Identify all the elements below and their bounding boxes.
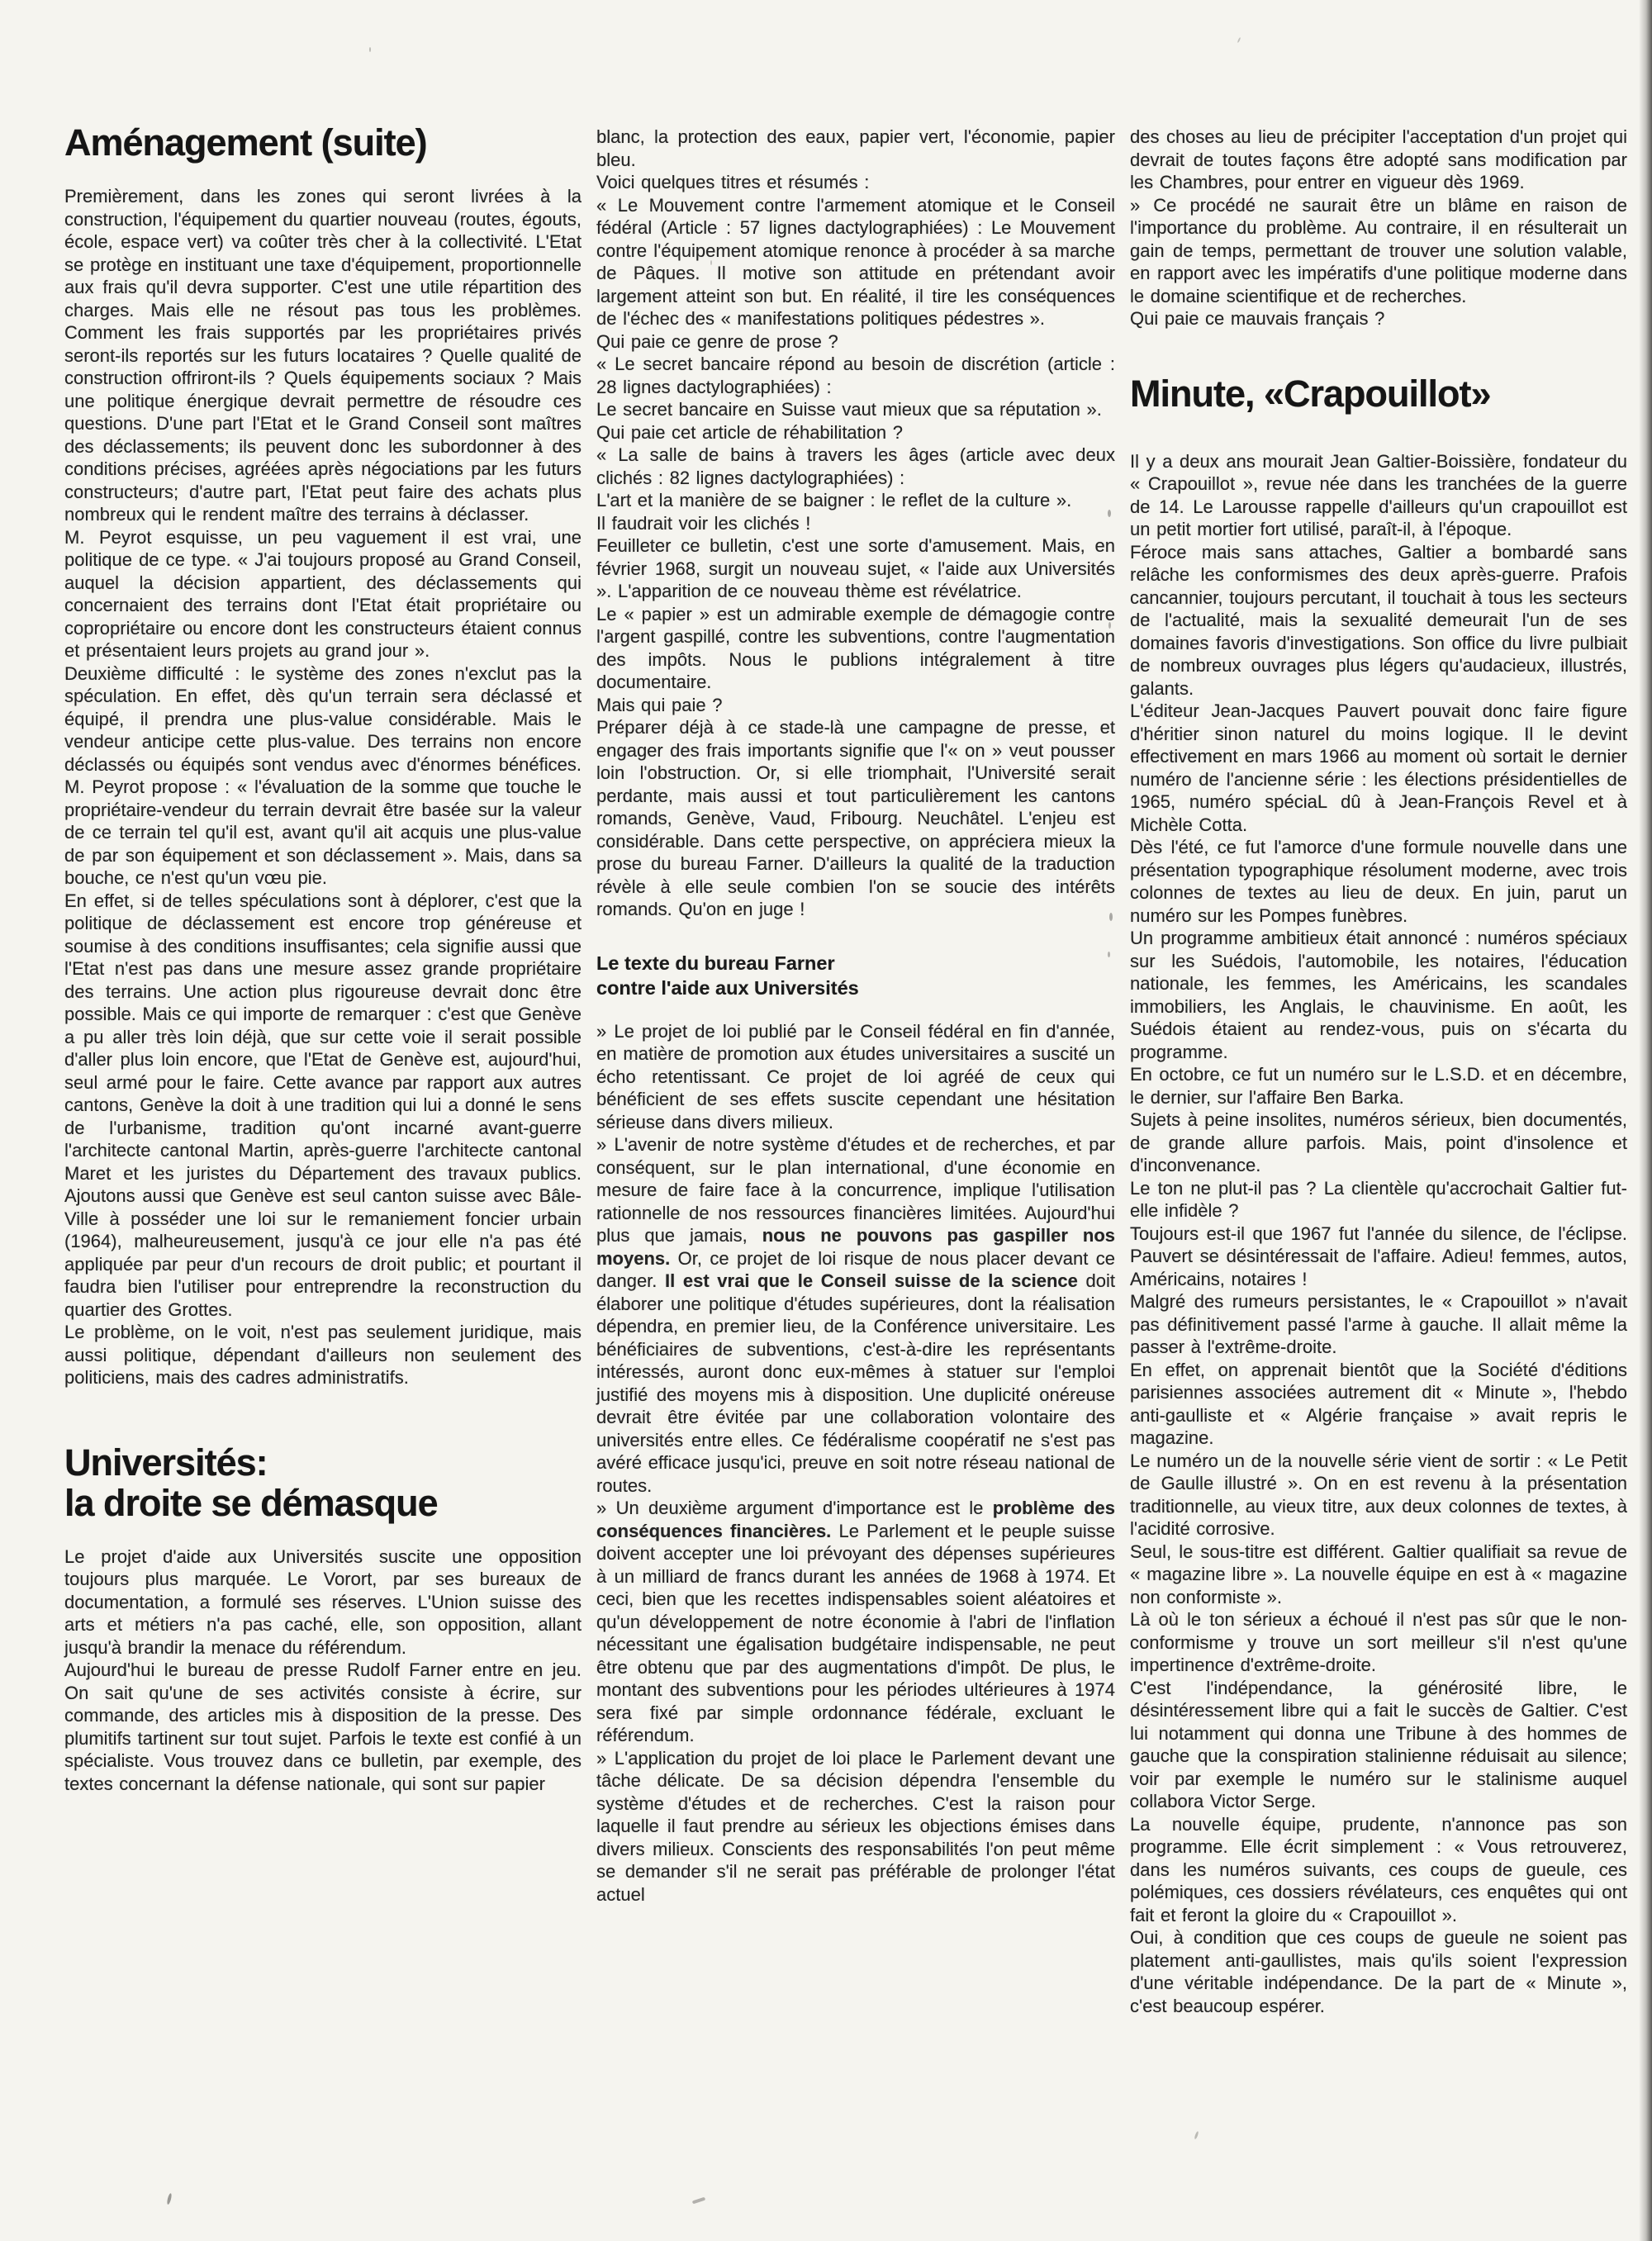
scan-speck: [1194, 2131, 1199, 2139]
body-paragraph: « La salle de bains à travers les âges (…: [596, 444, 1115, 489]
body-paragraph: En octobre, ce fut un numéro sur le L.S.…: [1130, 1063, 1627, 1109]
body-paragraph: Toujours est-il que 1967 fut l'année du …: [1130, 1223, 1627, 1291]
scan-speck: [1108, 510, 1111, 517]
text-segment: Le Parlement et le peuple suisse doivent…: [596, 1521, 1115, 1746]
column-middle: blanc, la protection des eaux, papier ve…: [596, 126, 1115, 1906]
body-paragraph: Malgré des rumeurs persistantes, le « Cr…: [1130, 1290, 1627, 1359]
body-paragraph: Sujets à peine insolites, numéros sérieu…: [1130, 1109, 1627, 1177]
scan-speck: [710, 260, 712, 265]
body-paragraph: Il y a deux ans mourait Jean Galtier-Boi…: [1130, 450, 1627, 541]
body-paragraph: La nouvelle équipe, prudente, n'annonce …: [1130, 1813, 1627, 1927]
headline-line: la droite se démasque: [64, 1483, 582, 1523]
body-paragraph: Il faudrait voir les clichés !: [596, 512, 1115, 535]
body-paragraph: « Le Mouvement contre l'armement atomiqu…: [596, 194, 1115, 330]
body-paragraph: » Un deuxième argument d'importance est …: [596, 1497, 1115, 1747]
headline-line: Universités:: [64, 1442, 582, 1483]
headline-line: Aménagement (suite): [64, 122, 582, 163]
body-paragraph: En effet, si de telles spéculations sont…: [64, 890, 582, 1322]
body-paragraph: Seul, le sous-titre est différent. Galti…: [1130, 1541, 1627, 1609]
body-paragraph: M. Peyrot esquisse, un peu vaguement il …: [64, 526, 582, 662]
body-paragraph: Qui paie ce mauvais français ?: [1130, 307, 1627, 330]
column-right: des choses au lieu de précipiter l'accep…: [1130, 126, 1627, 2017]
article-headline: Minute, «Crapouillot»: [1130, 373, 1627, 414]
body-paragraph: C'est l'indépendance, la générosité libr…: [1130, 1677, 1627, 1813]
body-paragraph: Premièrement, dans les zones qui seront …: [64, 185, 582, 526]
body-paragraph: Le problème, on le voit, n'est pas seule…: [64, 1321, 582, 1389]
scan-speck: [1109, 913, 1113, 921]
body-paragraph: Là où le ton sérieux a échoué il n'est p…: [1130, 1608, 1627, 1677]
body-paragraph: » Ce procédé ne saurait être un blâme en…: [1130, 194, 1627, 308]
body-paragraph: Le projet d'aide aux Universités suscite…: [64, 1545, 582, 1659]
body-paragraph: Préparer déjà à ce stade-là une campagne…: [596, 716, 1115, 921]
body-paragraph: Féroce mais sans attaches, Galtier a bom…: [1130, 541, 1627, 700]
body-paragraph: Le ton ne plut-il pas ? La clientèle qu'…: [1130, 1177, 1627, 1223]
text-segment: doit élaborer une politique d'études sup…: [596, 1270, 1115, 1496]
body-paragraph: Mais qui paie ?: [596, 694, 1115, 717]
bold-emphasis: Il est vrai que le Conseil suisse de la …: [665, 1270, 1078, 1291]
body-paragraph: Dès l'été, ce fut l'amorce d'une formule…: [1130, 836, 1627, 927]
body-paragraph: Le numéro un de la nouvelle série vient …: [1130, 1450, 1627, 1541]
body-paragraph: L'éditeur Jean-Jacques Pauvert pouvait d…: [1130, 700, 1627, 836]
body-paragraph: Oui, à condition que ces coups de gueule…: [1130, 1926, 1627, 2017]
body-paragraph: Le secret bancaire en Suisse vaut mieux …: [596, 398, 1115, 421]
subhead-line: Le texte du bureau Farner: [596, 951, 1115, 976]
body-paragraph: Feuilleter ce bulletin, c'est une sorte …: [596, 534, 1115, 603]
article-headline: Universités:la droite se démasque: [64, 1442, 582, 1523]
body-paragraph: Deuxième difficulté : le système des zon…: [64, 662, 582, 890]
body-paragraph: « Le secret bancaire répond au besoin de…: [596, 353, 1115, 398]
body-paragraph: blanc, la protection des eaux, papier ve…: [596, 126, 1115, 171]
body-paragraph: En effet, on apprenait bientôt que la So…: [1130, 1359, 1627, 1450]
body-paragraph: » L'avenir de notre système d'études et …: [596, 1133, 1115, 1497]
scan-speck: [1237, 37, 1241, 43]
body-paragraph: » L'application du projet de loi place l…: [596, 1747, 1115, 1906]
body-paragraph: Voici quelques titres et résumés :: [596, 171, 1115, 194]
column-left: Aménagement (suite)Premièrement, dans le…: [64, 122, 582, 1795]
text-segment: » Un deuxième argument d'importance est …: [596, 1498, 993, 1518]
body-paragraph: L'art et la manière de se baigner : le r…: [596, 489, 1115, 512]
scan-speck: [1108, 622, 1111, 629]
body-paragraph: » Le projet de loi publié par le Conseil…: [596, 1020, 1115, 1134]
headline-line: Minute, «Crapouillot»: [1130, 373, 1627, 414]
article-headline: Aménagement (suite): [64, 122, 582, 163]
section-subhead: Le texte du bureau Farnercontre l'aide a…: [596, 951, 1115, 1000]
body-paragraph: Le « papier » est un admirable exemple d…: [596, 603, 1115, 694]
body-paragraph: Qui paie cet article de réhabilitation ?: [596, 421, 1115, 444]
scan-speck: [692, 2197, 705, 2205]
scan-page-edge-shadow: [1639, 0, 1652, 2241]
newspaper-page: Aménagement (suite)Premièrement, dans le…: [0, 0, 1652, 2241]
body-paragraph: des choses au lieu de précipiter l'accep…: [1130, 126, 1627, 194]
scan-speck: [369, 47, 371, 52]
scan-speck: [1108, 952, 1110, 957]
body-paragraph: Qui paie ce genre de prose ?: [596, 330, 1115, 354]
subhead-line: contre l'aide aux Universités: [596, 976, 1115, 1000]
scan-speck: [166, 2193, 172, 2205]
scan-speck: [966, 207, 968, 211]
body-paragraph: Un programme ambitieux était annoncé : n…: [1130, 927, 1627, 1063]
body-paragraph: Aujourd'hui le bureau de presse Rudolf F…: [64, 1659, 582, 1795]
